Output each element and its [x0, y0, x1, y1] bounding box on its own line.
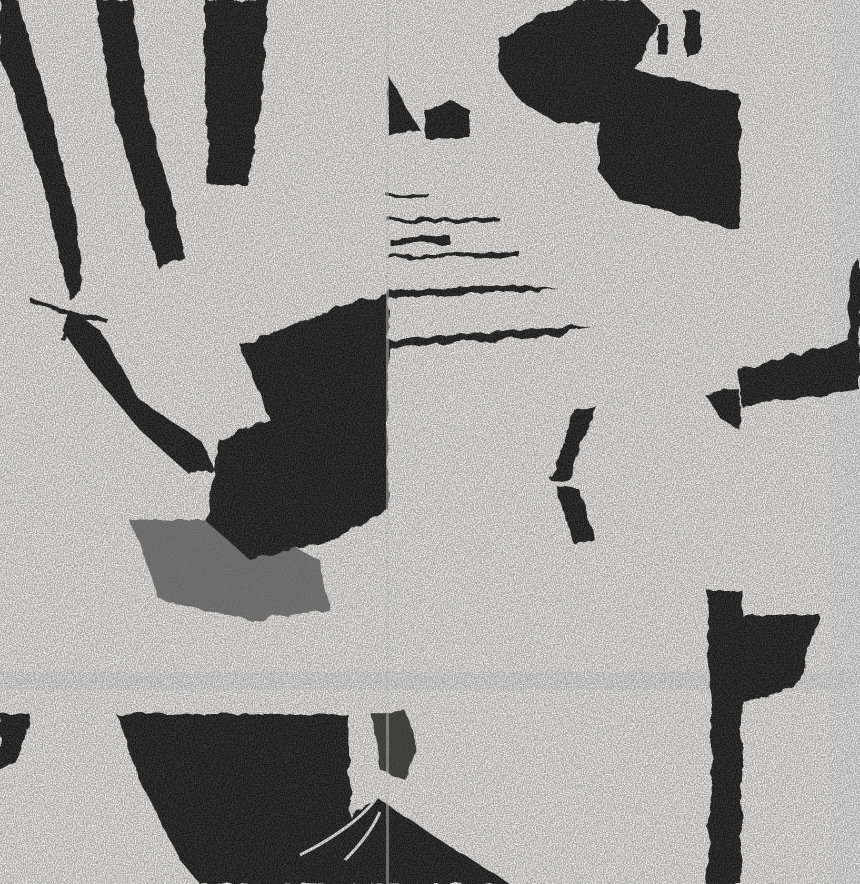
collage-artwork — [0, 0, 860, 884]
collage-canvas — [0, 0, 860, 884]
grain-overlay — [0, 0, 860, 884]
